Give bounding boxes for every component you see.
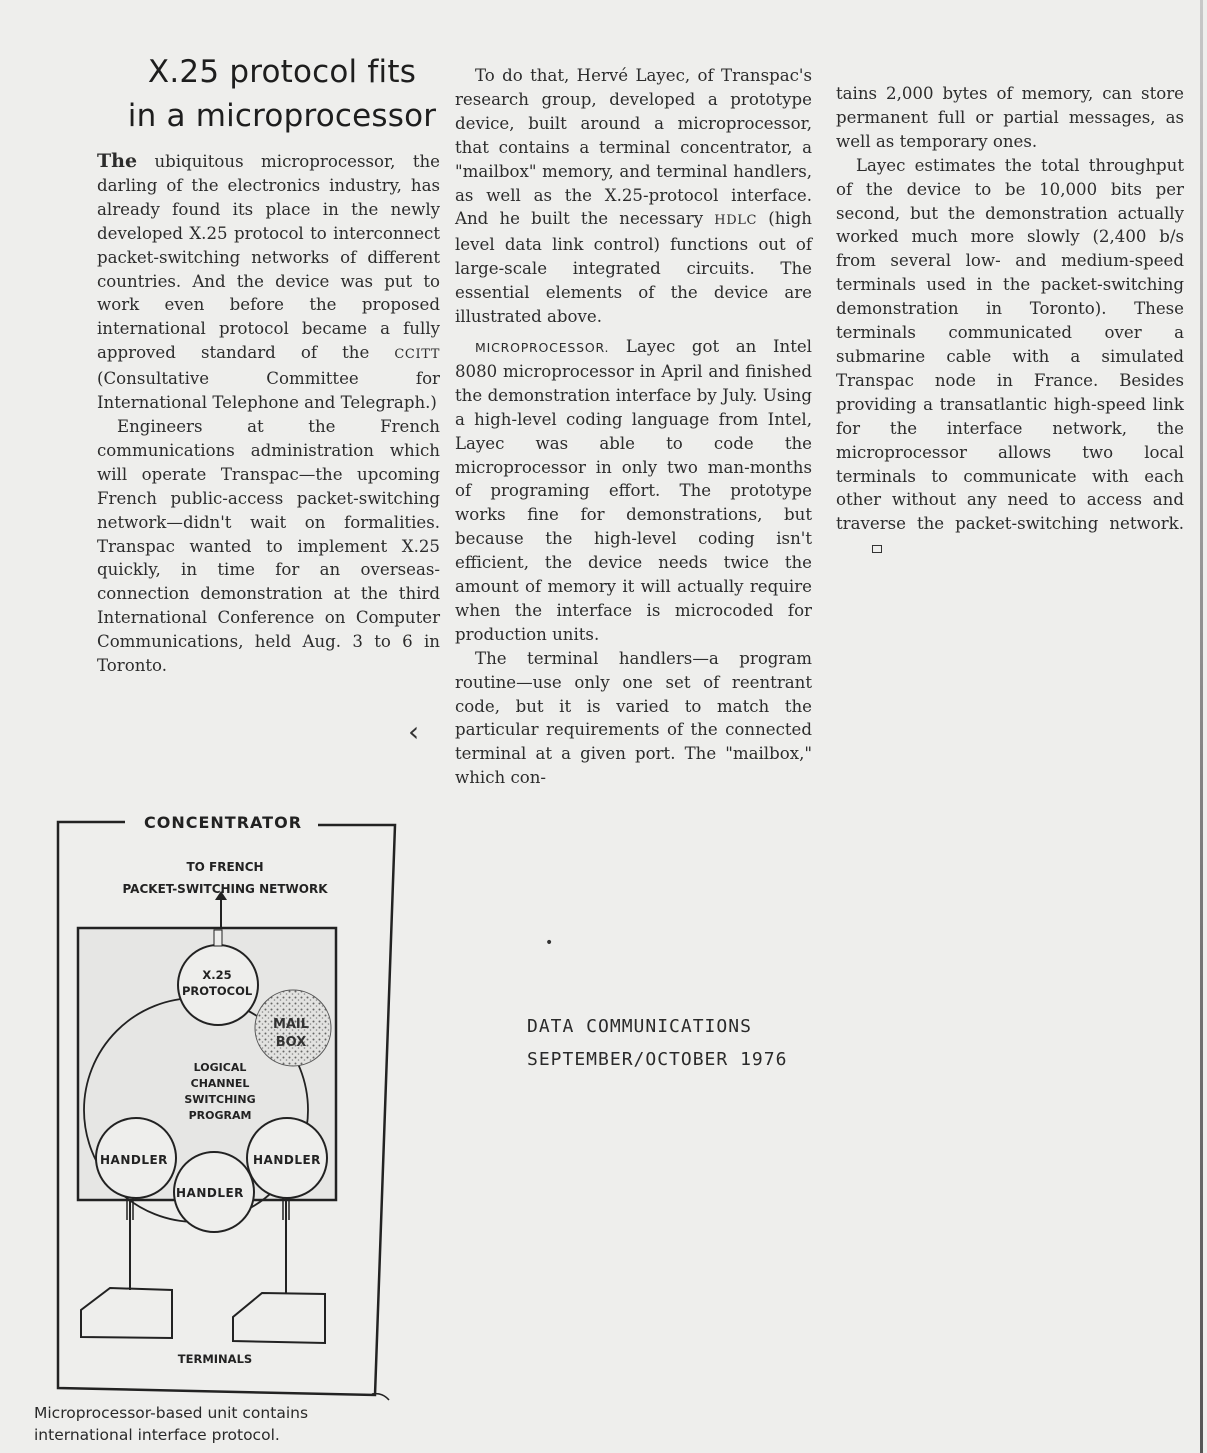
- article-column-2: To do that, Hervé Layec, of Transpac's r…: [455, 64, 812, 790]
- page-edge: [1200, 0, 1203, 1453]
- paragraph: MICROPROCESSOR. Layec got an Intel 8080 …: [455, 335, 812, 647]
- paragraph: tains 2,000 bytes of memory, can store p…: [836, 82, 1184, 154]
- paragraph: The terminal handlers—a program routine—…: [455, 647, 812, 790]
- abbreviation: HDLC: [714, 213, 757, 228]
- network-label: TO FRENCH PACKET-SWITCHING NETWORK: [100, 856, 350, 900]
- pencil-mark: ‹: [408, 715, 419, 748]
- switching-program-label: LOGICAL CHANNEL SWITCHING PROGRAM: [165, 1060, 275, 1124]
- abbreviation: CCITT: [394, 347, 440, 362]
- headline: X.25 protocol fits in a microprocessor: [112, 50, 452, 138]
- section-runin-heading: MICROPROCESSOR.: [475, 340, 609, 355]
- mailbox-node: MAIL BOX: [261, 1016, 321, 1052]
- headline-line-2: in a microprocessor: [112, 94, 452, 138]
- concentrator-diagram: CONCENTRATOR TO FRENCH PACKET-SWITCHING …: [0, 780, 420, 1420]
- end-of-article-icon: [872, 545, 882, 553]
- concentrator-title: CONCENTRATOR: [138, 813, 308, 832]
- speck: •: [545, 935, 553, 951]
- diagram-caption: Microprocessor-based unit contains inter…: [34, 1402, 414, 1446]
- lead-word: The: [97, 150, 137, 172]
- paragraph: Layec estimates the total throughput of …: [836, 154, 1184, 560]
- publication-issue: SEPTEMBER/OCTOBER 1976: [527, 1043, 787, 1076]
- terminals-label: TERMINALS: [160, 1352, 270, 1366]
- handler-node-left: HANDLER: [100, 1153, 168, 1167]
- handler-node-right: HANDLER: [253, 1153, 321, 1167]
- headline-line-1: X.25 protocol fits: [112, 50, 452, 94]
- publication-credit: DATA COMMUNICATIONS SEPTEMBER/OCTOBER 19…: [527, 1010, 787, 1076]
- paragraph: Engineers at the French communications a…: [97, 415, 440, 678]
- paragraph: The ubiquitous microprocessor, the darli…: [97, 150, 440, 415]
- handler-node-bottom: HANDLER: [176, 1186, 244, 1200]
- article-column-3: tains 2,000 bytes of memory, can store p…: [836, 82, 1184, 560]
- x25-protocol-node: X.25 PROTOCOL: [182, 967, 252, 999]
- publication-name: DATA COMMUNICATIONS: [527, 1010, 787, 1043]
- article-column-1: The ubiquitous microprocessor, the darli…: [97, 150, 440, 678]
- paragraph: To do that, Hervé Layec, of Transpac's r…: [455, 64, 812, 329]
